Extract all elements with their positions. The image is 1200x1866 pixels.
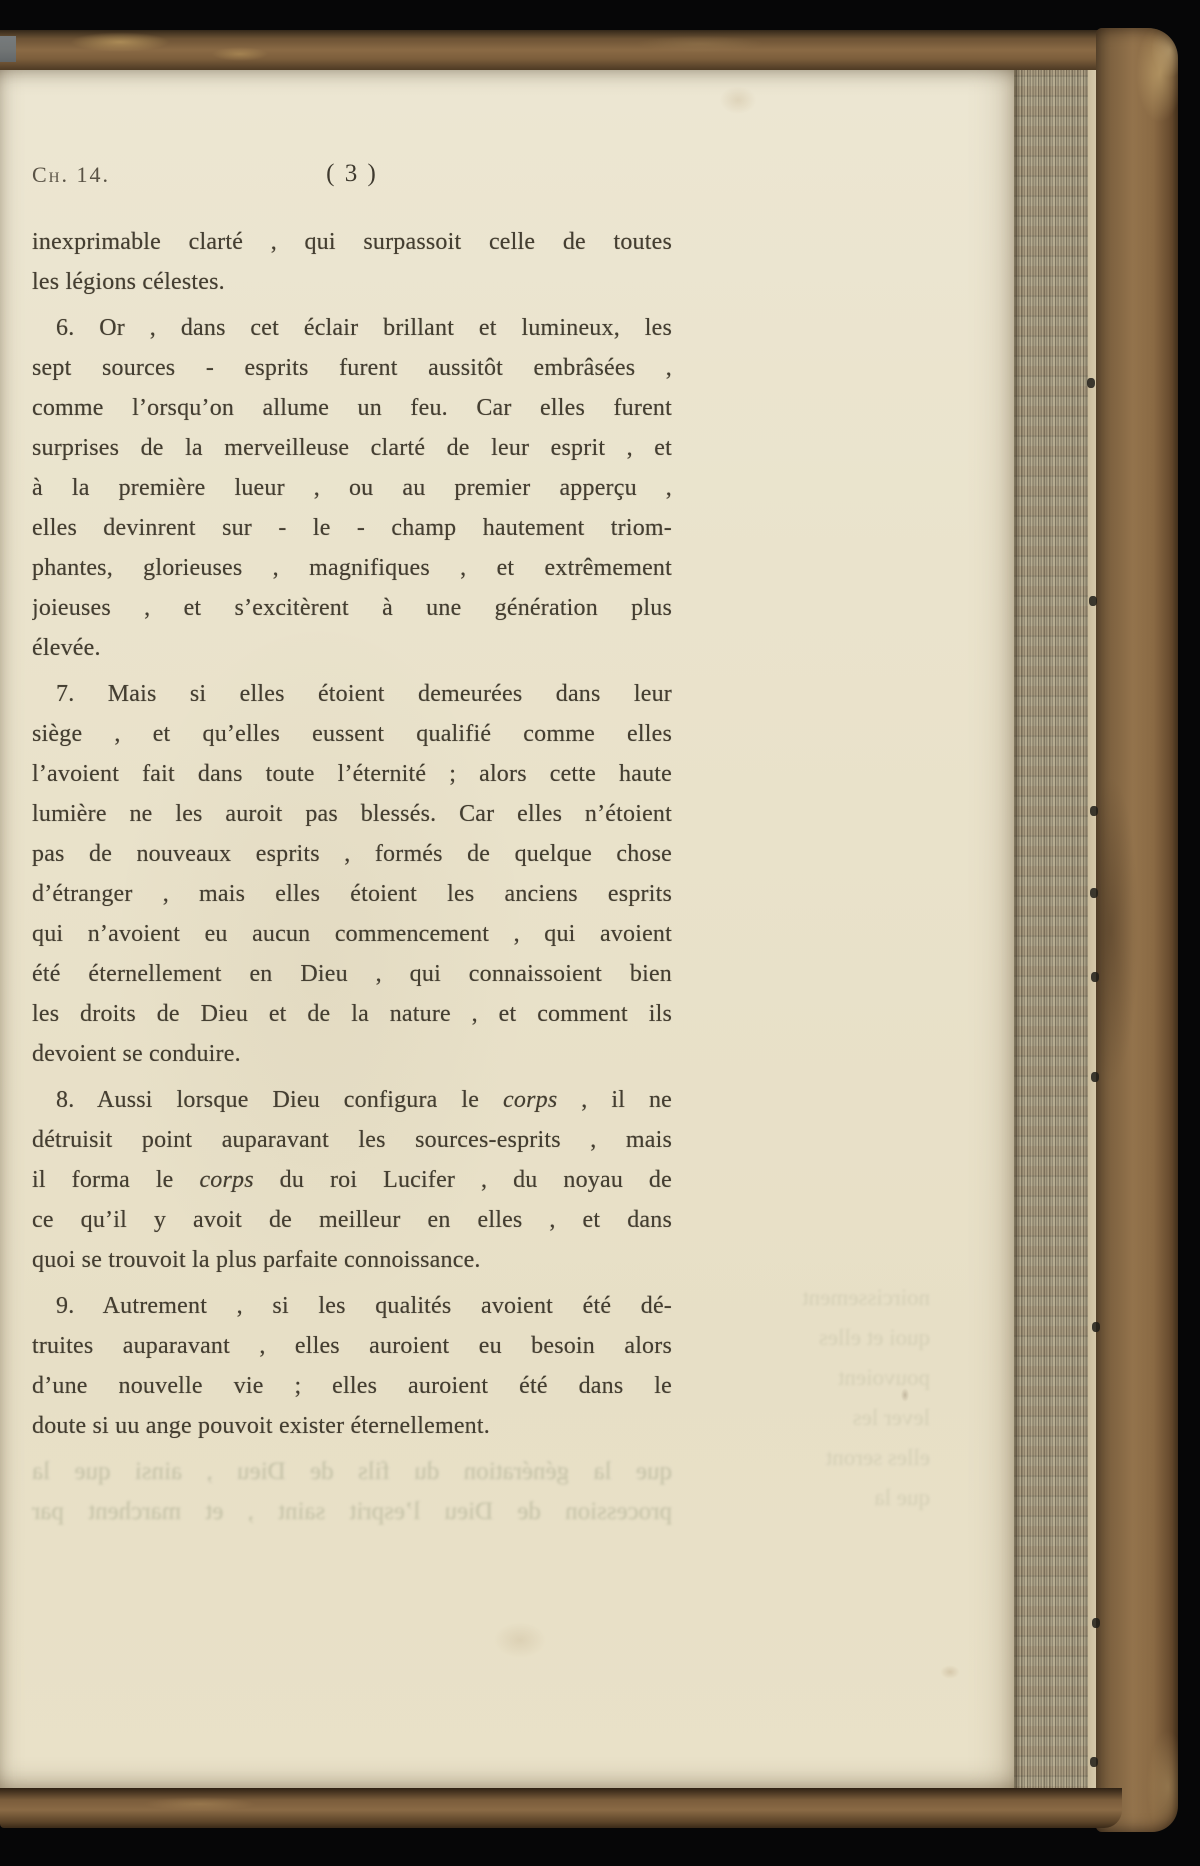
bleed-through-line: que la génération du fils de Dieu , ains… (32, 1452, 672, 1492)
text-line: qui n’avoient eu aucun commencement , qu… (32, 914, 672, 954)
text-line: quoi se trouvoit la plus parfaite connoi… (32, 1240, 672, 1280)
bleed-through-margin: noircissementquoi et ellespouvoientlever… (690, 1278, 930, 1518)
text-line: les légions célestes. (32, 262, 672, 302)
text-line: élevée. (32, 628, 672, 668)
text-line: doute si uu ange pouvoit exister éternel… (32, 1406, 672, 1446)
text-line: comme l’orsqu’on allume un feu. Car elle… (32, 388, 672, 428)
fore-edge-mark (1090, 888, 1098, 898)
cover-bottom-edge (0, 1788, 1122, 1828)
bleed-through-line: noircissement (690, 1278, 930, 1318)
fore-edge-mark (1090, 1757, 1098, 1767)
paragraph: 6. Or , dans cet éclair brillant et lumi… (32, 308, 672, 668)
text-line: l’avoient fait dans toute l’éternité ; a… (32, 754, 672, 794)
text-line: il forma le corps du roi Lucifer , du no… (32, 1160, 672, 1200)
fore-edge-mark (1091, 1072, 1099, 1082)
fore-edge-mark (1087, 378, 1095, 388)
text-line: devoient se conduire. (32, 1034, 672, 1074)
paragraph: inexprimable clarté , qui surpassoit cel… (32, 222, 672, 302)
text-line: phantes, glorieuses , magnifiques , et e… (32, 548, 672, 588)
text-line: elles devinrent sur - le - champ hauteme… (32, 508, 672, 548)
fore-edge-mark (1092, 1618, 1100, 1628)
bleed-through-line: lever les (690, 1398, 930, 1438)
text-line: joieuses , et s’excitèrent à une générat… (32, 588, 672, 628)
text-line: détruisit point auparavant les sources-e… (32, 1120, 672, 1160)
cover-right-board (1096, 28, 1178, 1832)
paragraph: 8. Aussi lorsque Dieu configura le corps… (32, 1080, 672, 1280)
page-header: Ch. 14. ( 3 ) (32, 161, 672, 187)
book-photo: Ch. 14. ( 3 ) inexprimable clarté , qui … (0, 0, 1200, 1866)
text-line: d’une nouvelle vie ; elles auroient été … (32, 1366, 672, 1406)
text-line: truites auparavant , elles auroient eu b… (32, 1326, 672, 1366)
text-line: ce qu’il y avoit de meilleur en elles , … (32, 1200, 672, 1240)
bleed-through-line: elles seront (690, 1438, 930, 1478)
text-line: 6. Or , dans cet éclair brillant et lumi… (32, 308, 672, 348)
cover-top-edge (0, 30, 1108, 70)
text-line: inexprimable clarté , qui surpassoit cel… (32, 222, 672, 262)
page-block-fore-edge (1014, 66, 1090, 1792)
text-line: les droits de Dieu et de la nature , et … (32, 994, 672, 1034)
text-line: lumière ne les auroit pas blessés. Car e… (32, 794, 672, 834)
page-number: ( 3 ) (32, 161, 672, 187)
book-page: Ch. 14. ( 3 ) inexprimable clarté , qui … (0, 66, 1014, 1788)
text-line: d’étranger , mais elles étoient les anci… (32, 874, 672, 914)
fore-edge-mark (1091, 972, 1099, 982)
bleed-through-line: que la (690, 1478, 930, 1518)
bleed-through-line: quoi et elles (690, 1318, 930, 1358)
text-line: 7. Mais si elles étoient demeurées dans … (32, 674, 672, 714)
text-line: à la première lueur , ou au premier appe… (32, 468, 672, 508)
text-line: 9. Autrement , si les qualités avoient é… (32, 1286, 672, 1326)
bleed-through-line: procession de Dieu l’esprit saint , et m… (32, 1492, 672, 1532)
text-line: sept sources - esprits furent aussitôt e… (32, 348, 672, 388)
paragraph: 7. Mais si elles étoient demeurées dans … (32, 674, 672, 1074)
text-line: siège , et qu’elles eussent qualifié com… (32, 714, 672, 754)
text-line: pas de nouveaux esprits , formés de quel… (32, 834, 672, 874)
paragraph: 9. Autrement , si les qualités avoient é… (32, 1286, 672, 1446)
text-line: surprises de la merveilleuse clarté de l… (32, 428, 672, 468)
fore-edge-mark (1089, 596, 1097, 606)
bleed-through-line: pouvoient (690, 1358, 930, 1398)
text-line: été éternellement en Dieu , qui connaiss… (32, 954, 672, 994)
fore-edge-mark (1092, 1322, 1100, 1332)
fore-edge-mark (1090, 806, 1098, 816)
text-column: inexprimable clarté , qui surpassoit cel… (32, 222, 672, 1446)
bleed-through-bottom: que la génération du fils de Dieu , ains… (32, 1452, 672, 1532)
text-line: 8. Aussi lorsque Dieu configura le corps… (32, 1080, 672, 1120)
cover-top-worn-patch (0, 36, 16, 62)
